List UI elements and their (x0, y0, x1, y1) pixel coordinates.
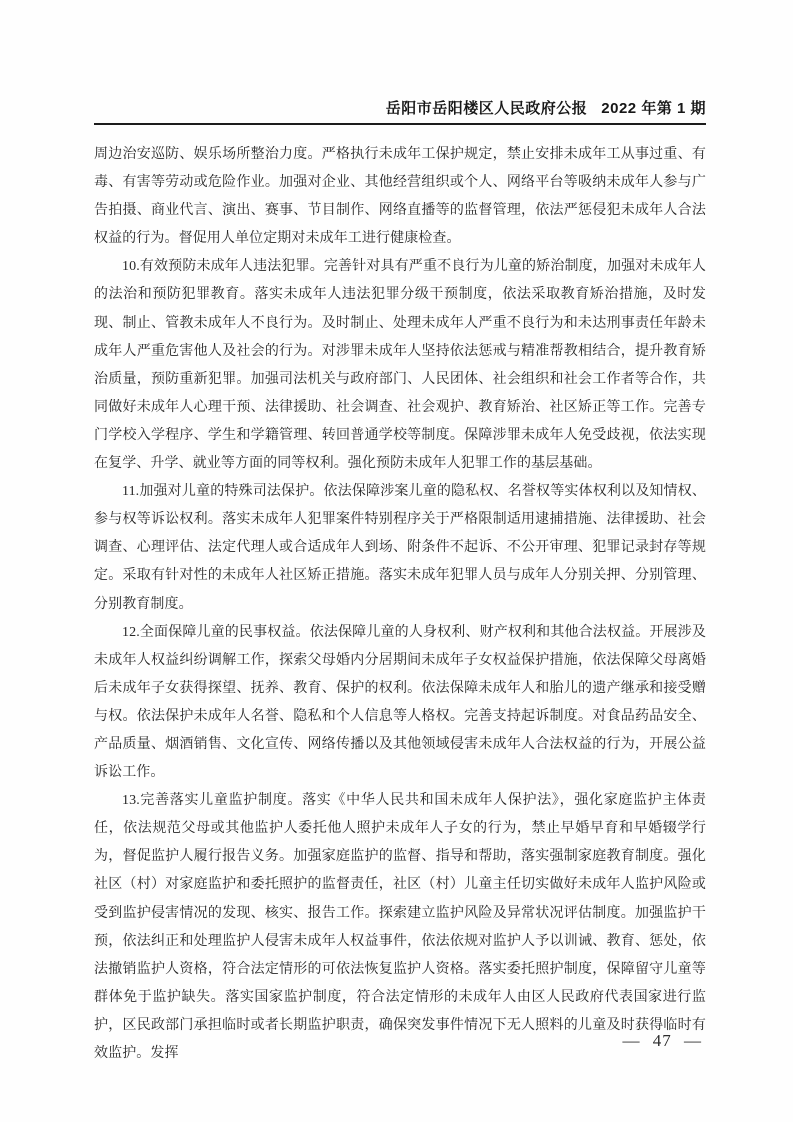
gazette-issue: 2022 年第 1 期 (601, 100, 706, 117)
paragraph-continuation: 周边治安巡防、娱乐场所整治力度。严格执行未成年工保护规定，禁止安排未成年工从事过… (94, 141, 706, 253)
paragraph-item-13: 13.完善落实儿童监护制度。落实《中华人民共和国未成年人保护法》，强化家庭监护主… (94, 787, 706, 1068)
gazette-page: 岳阳市岳阳楼区人民政府公报2022 年第 1 期 周边治安巡防、娱乐场所整治力度… (0, 0, 793, 1122)
paragraph-item-12: 12.全面保障儿童的民事权益。依法保障儿童的人身权利、财产权利和其他合法权益。开… (94, 619, 706, 788)
page-number: — 47 — (623, 1031, 703, 1050)
document-body: 周边治安巡防、娱乐场所整治力度。严格执行未成年工保护规定，禁止安排未成年工从事过… (94, 141, 706, 1068)
paragraph-item-11: 11.加强对儿童的特殊司法保护。依法保障涉案儿童的隐私权、名誉权等实体权利以及知… (94, 478, 706, 618)
paragraph-item-10: 10.有效预防未成年人违法犯罪。完善针对具有严重不良行为儿童的矫治制度，加强对未… (94, 253, 706, 478)
page-footer: — 47 — (94, 1031, 706, 1051)
gazette-title: 岳阳市岳阳楼区人民政府公报 (386, 100, 588, 117)
page-header: 岳阳市岳阳楼区人民政府公报2022 年第 1 期 (94, 99, 706, 125)
